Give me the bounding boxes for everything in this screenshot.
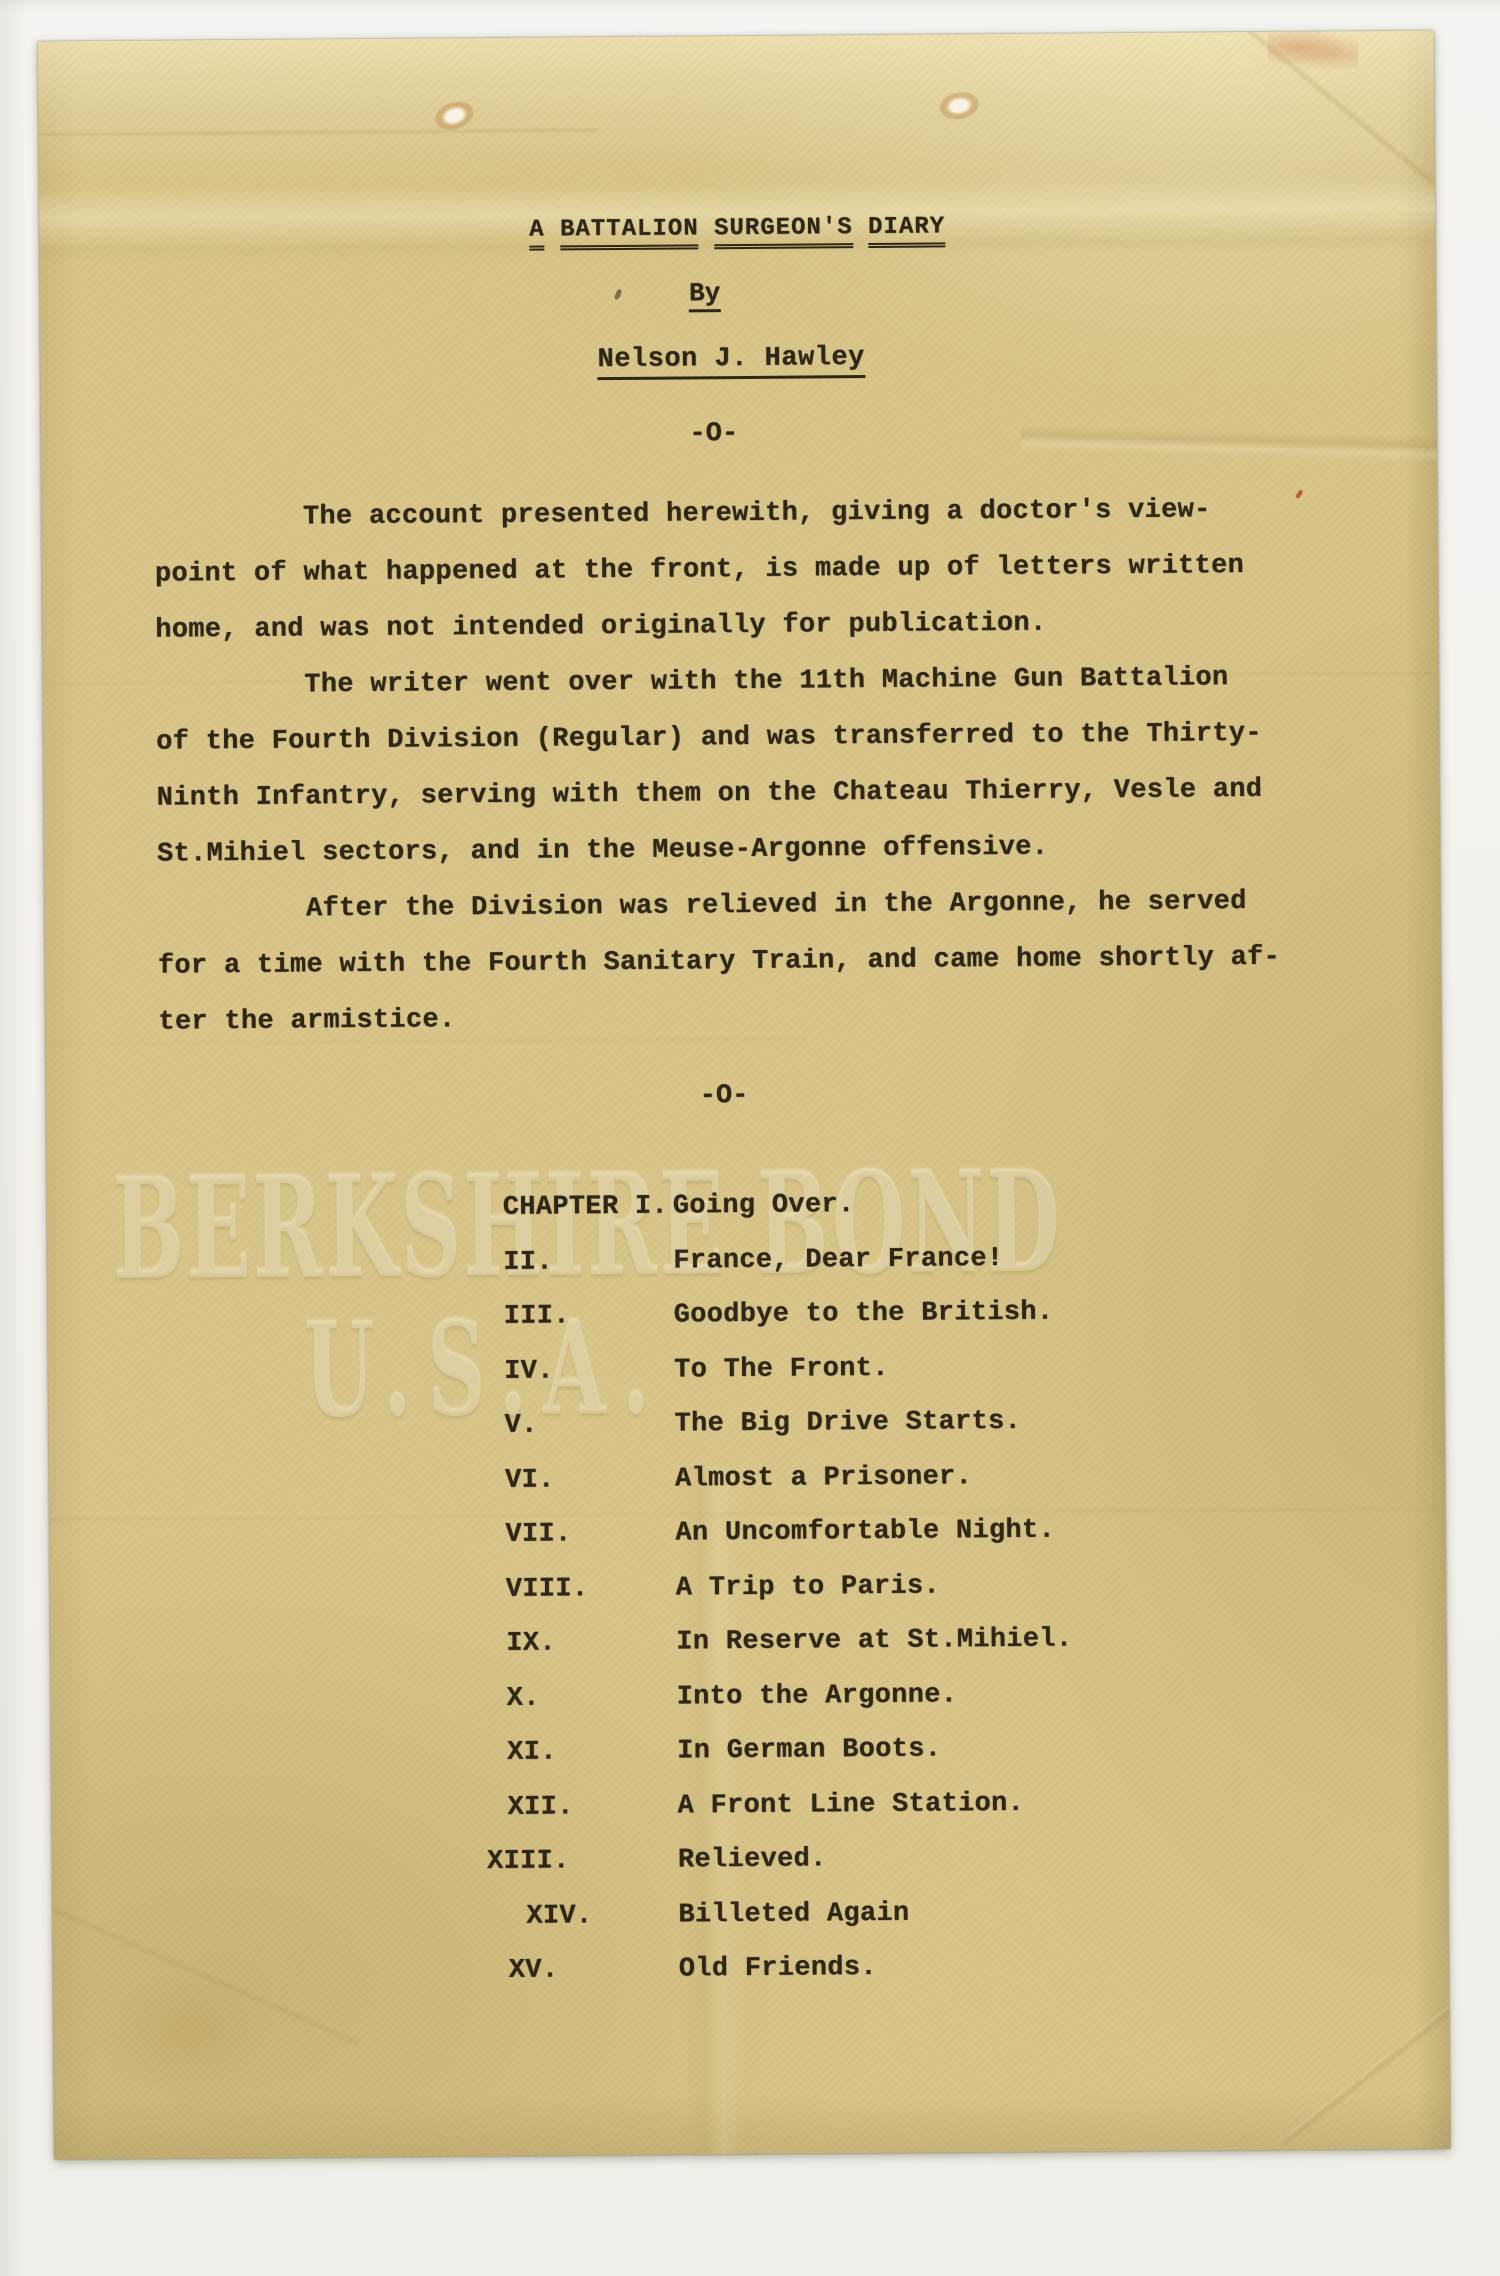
chapter-numeral: VII.: [420, 1516, 675, 1573]
chapter-row: X. Into the Argonne.: [422, 1676, 1073, 1736]
section-separator: -O-: [41, 413, 1387, 456]
chapter-row: IV. To The Front.: [419, 1349, 1070, 1409]
rust-stain: [1268, 31, 1358, 70]
chapter-numeral: VIII.: [421, 1570, 676, 1627]
red-fiber-speck: [1295, 489, 1303, 499]
author-name: Nelson J. Hawley: [40, 337, 1422, 382]
title-word: DIARY: [868, 213, 945, 248]
chapter-numeral: VI.: [420, 1461, 675, 1518]
typed-line: of the Fourth Division (Regular) and was…: [156, 715, 1279, 780]
chapter-numeral: XIV.: [423, 1897, 678, 1954]
scan-bed: { "document": { "title": "A BATTALION SU…: [0, 0, 1500, 2276]
chapter-title: To The Front.: [674, 1350, 889, 1406]
typed-line: ter the armistice.: [158, 995, 1281, 1060]
chapter-title: Old Friends.: [679, 1950, 877, 2006]
typed-line: The writer went over with the 11th Machi…: [156, 659, 1279, 724]
crease-corner-fold: [1281, 1965, 1450, 2147]
chapter-row: XI. In German Boots.: [422, 1730, 1073, 1790]
typed-line: home, and was not intended originally fo…: [155, 603, 1278, 668]
chapter-numeral: XII.: [422, 1788, 677, 1845]
chapter-title: Into the Argonne.: [677, 1677, 958, 1734]
typed-line: St.Mihiel sectors, and in the Meuse-Argo…: [157, 827, 1280, 892]
chapter-title: Goodbye to the British.: [674, 1295, 1054, 1352]
chapter-title: In Reserve at St.Mihiel.: [676, 1621, 1072, 1679]
introduction-paragraphs: The account presented herewith, giving a…: [154, 491, 1281, 1060]
chapter-row: XII. A Front Line Station.: [422, 1785, 1073, 1845]
crease-line: [38, 127, 598, 137]
chapter-title: Almost a Prisoner.: [675, 1459, 972, 1516]
chapter-row: XV. Old Friends.: [424, 1948, 1075, 2008]
chapter-title: Going Over.: [673, 1187, 855, 1243]
typed-line: for a time with the Fourth Sanitary Trai…: [158, 939, 1281, 1004]
chapter-row: CHAPTER I. Going Over.: [418, 1185, 1069, 1245]
chapter-numeral: CHAPTER I.: [418, 1189, 673, 1246]
paper-stain: [93, 1965, 284, 2101]
chapter-numeral: II.: [418, 1243, 673, 1300]
author-text: Nelson J. Hawley: [597, 343, 865, 380]
chapter-row: IX. In Reserve at St.Mihiel.: [421, 1621, 1072, 1681]
chapter-numeral: X.: [422, 1679, 677, 1736]
title-word: SURGEON'S: [714, 214, 853, 249]
chapter-row: XIV. Billeted Again: [423, 1894, 1074, 1954]
chapter-row: VII. An Uncomfortable Night.: [420, 1512, 1071, 1572]
chapter-row: XIII. Relieved.: [423, 1839, 1074, 1899]
byline-text: By: [689, 278, 720, 312]
scanner-shadow-top: [0, 0, 1500, 14]
chapter-numeral: V.: [419, 1407, 674, 1464]
chapter-title: Billeted Again: [678, 1895, 909, 1951]
chapter-numeral: XIII.: [423, 1843, 678, 1900]
chapter-row: II. France, Dear France!: [418, 1240, 1069, 1300]
title-word: BATTALION: [560, 215, 699, 250]
chapter-title: An Uncomfortable Night.: [675, 1513, 1055, 1570]
page-title: A BATTALION SURGEON'S DIARY: [39, 209, 1435, 250]
typed-line: Ninth Infantry, serving with them on the…: [157, 771, 1280, 836]
typed-line: After the Division was relieved in the A…: [157, 883, 1280, 948]
chapter-numeral: XI.: [422, 1734, 677, 1791]
section-separator: -O-: [46, 1075, 1402, 1118]
chapter-numeral: III.: [419, 1298, 674, 1355]
typed-line: point of what happened at the front, is …: [155, 547, 1278, 612]
chapter-title: A Trip to Paris.: [676, 1568, 940, 1625]
scanner-shadow-left: [0, 0, 26, 2276]
document-page: BERKSHIRE BOND U.S.A. A BATTALION SURGEO…: [38, 31, 1451, 2160]
chapter-row: VI. Almost a Prisoner.: [420, 1458, 1071, 1518]
typed-line: The account presented herewith, giving a…: [154, 491, 1277, 556]
chapter-title: France, Dear France!: [673, 1240, 1003, 1297]
staple-hole-left: [431, 97, 477, 135]
chapter-row: V. The Big Drive Starts.: [419, 1403, 1070, 1463]
chapter-numeral: XV.: [424, 1952, 679, 2009]
title-word: A: [529, 217, 545, 251]
chapter-row: VIII. A Trip to Paris.: [421, 1567, 1072, 1627]
chapter-numeral: IX.: [421, 1625, 676, 1682]
chapter-title: A Front Line Station.: [677, 1785, 1024, 1842]
chapter-title: The Big Drive Starts.: [674, 1404, 1021, 1461]
chapter-row: III. Goodbye to the British.: [419, 1294, 1070, 1354]
table-of-contents: CHAPTER I. Going Over. II. France, Dear …: [418, 1185, 1075, 2008]
chapter-numeral: IV.: [419, 1352, 674, 1409]
chapter-title: In German Boots.: [677, 1731, 941, 1788]
byline: By: [40, 272, 1370, 314]
chapter-title: Relieved.: [678, 1841, 827, 1897]
staple-hole-right: [937, 89, 981, 123]
